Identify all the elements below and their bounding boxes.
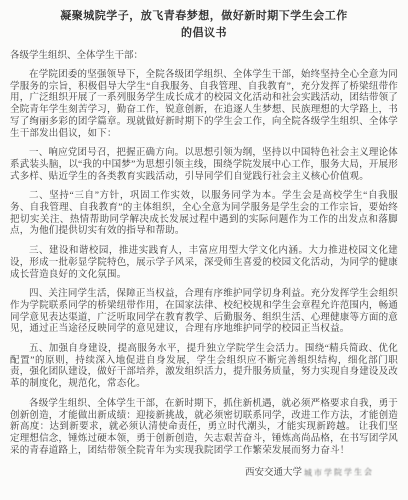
- signature-handwritten-seal: 城市学院学生会: [304, 466, 374, 480]
- paragraph-intro: 在学院团委的坚强领导下，全院各级团学组织、全体学生干部，始终坚持全心全意为同学服…: [10, 70, 398, 140]
- document-title-block: 凝聚城院学子，放飞青春梦想，做好新时期下学生会工作 的倡议书: [10, 8, 398, 42]
- salutation: 各级学生组织、全体学生干部：: [10, 50, 398, 62]
- paragraph-item-2: 二、坚持“三自”方针，巩固工作实效，以服务同学为本。学生会是高校学生“自我服务、…: [10, 191, 398, 238]
- proposal-document: 凝聚城院学子，放飞青春梦想，做好新时期下学生会工作 的倡议书 各级学生组织、全体…: [0, 0, 408, 500]
- paragraph-item-4: 四、关注同学生活，保障正当权益，合理有序维护同学切身利益。充分发挥学生会组织作为…: [10, 289, 398, 336]
- signature-line: 西安交通大学城市学院学生会: [10, 466, 398, 480]
- paragraph-item-3: 三、建设和谐校园，推进实践育人，丰富应用型大学文化内涵。大力推进校园文化建设，形…: [10, 246, 398, 281]
- paragraph-item-5: 五、加强自身建设，提高服务水平，提升独立学院学生会活力。围绕“精兵简政、优化配置…: [10, 344, 398, 391]
- paragraph-item-1: 一、响应党团号召，把握正确方向。以思想引领为纲，坚持以中国特色社会主义理论体系武…: [10, 148, 398, 183]
- document-title-line2: 的倡议书: [10, 25, 398, 42]
- document-title-line1: 凝聚城院学子，放飞青春梦想，做好新时期下学生会工作: [10, 8, 398, 25]
- paragraph-closing: 各级学生组织、全体学生干部，在新时期下，抓住新机遇，就必须严格要求自我，勇于创新…: [10, 399, 398, 458]
- signature-organization: 西安交通大学: [245, 468, 302, 478]
